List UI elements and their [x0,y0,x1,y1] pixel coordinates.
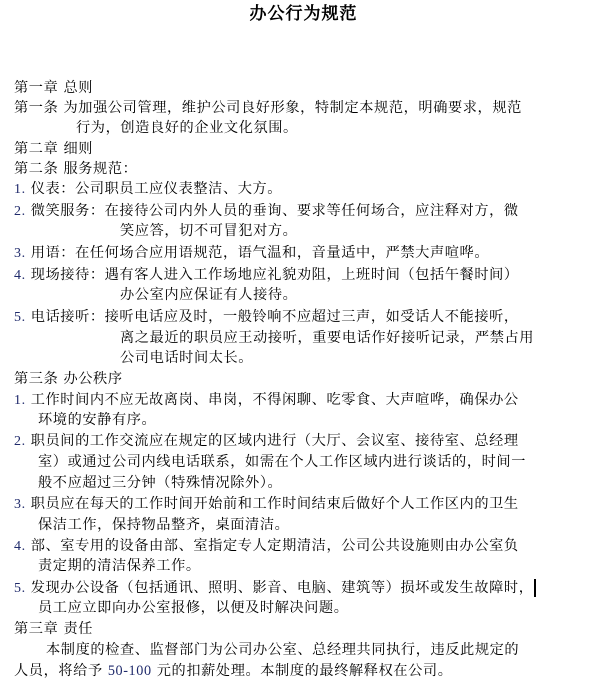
list-number: 5. [14,310,26,325]
service-item-2-cont: 笑应答，切不可冒犯对方。 [120,221,297,241]
chapter-2-heading: 第二章 细则 [14,139,93,159]
order-item-5: 5.发现办公设备（包括通讯、照明、影音、电脑、建筑等）损坏或发生故障时， [14,578,536,599]
article-2-heading: 第二条 服务规范： [14,159,137,179]
document-page[interactable]: 办公行为规范 第一章 总则 第一条 为加强公司管理，维护公司良好形象，特制定本规… [0,0,607,698]
article-3-heading: 第三条 办公秩序 [14,369,123,389]
order-item-2-cont-2: 般不应超过三分钟（特殊情况除外）。 [38,473,282,493]
list-number: 1. [14,393,26,408]
service-item-4: 4.现场接待：遇有客人进入工作场地应礼貌劝阻，上班时间（包括午餐时间） [14,265,519,286]
order-item-1-cont: 环境的安静有序。 [38,410,156,430]
service-item-5: 5.电话接听：接听电话应及时，一般铃响不应超过三声，如受话人不能接听， [14,307,519,328]
article-1-label: 第一条 [14,100,58,116]
deduction-amount: 50-100 [108,663,152,679]
order-item-3: 3.职员应在每天的工作时间开始前和工作时间结束后做好个人工作区内的卫生 [14,494,519,515]
service-item-4-cont: 办公室内应保证有人接待。 [120,285,297,305]
order-item-2: 2.职员间的工作交流应在规定的区域内进行（大厅、会议室、接待室、总经理 [14,431,519,452]
article-1-line-2: 行为，创造良好的企业文化氛围。 [76,118,298,138]
list-number: 4. [14,539,26,554]
service-item-2: 2.微笑服务：在接待公司内外人员的垂询、要求等任何场合，应注释对方，微 [14,201,519,222]
responsibility-line-2: 人员，将给予 50-100 元的扣薪处理。本制度的最终解释权在公司。 [14,661,453,681]
article-1-line-1: 第一条 为加强公司管理，维护公司良好形象，特制定本规范，明确要求，规范 [14,98,522,118]
article-1-text-1: 为加强公司管理，维护公司良好形象，特制定本规范，明确要求，规范 [64,100,522,116]
service-item-5-cont-2: 公司电话时间太长。 [120,348,253,368]
text-cursor [534,579,536,597]
service-item-5-cont-1: 离之最近的职员应王动接听，重要电话作好接听记录，严禁占用 [120,328,534,348]
chapter-3-heading: 第三章 责任 [14,619,93,639]
responsibility-line-1: 本制度的检查、监督部门为公司办公室、总经理共同执行，违反此规定的 [46,640,519,660]
list-number: 4. [14,268,26,283]
chapter-1-heading: 第一章 总则 [14,78,93,98]
order-item-2-cont-1: 室）或通过公司内线电话联系，如需在个人工作区域内进行谈话的，时间一 [38,452,526,472]
list-number: 5. [14,581,26,596]
order-item-4: 4.部、室专用的设备由部、室指定专人定期清洁，公司公共设施则由办公室负 [14,536,519,557]
service-item-3: 3.用语：在任何场合应用语规范，语气温和，音量适中，严禁大声喧哗。 [14,243,489,264]
service-item-1: 1.仪表：公司职员工应仪表整洁、大方。 [14,179,282,200]
document-title: 办公行为规范 [0,2,607,26]
list-number: 3. [14,246,26,261]
order-item-4-cont: 责定期的清洁保养工作。 [38,556,201,576]
order-item-3-cont: 保洁工作，保持物品整齐，桌面清洁。 [38,515,289,535]
list-number: 2. [14,204,26,219]
list-number: 2. [14,434,26,449]
order-item-1: 1.工作时间内不应无故离岗、串岗，不得闲聊、吃零食、大声喧哗，确保办公 [14,390,519,411]
order-item-5-cont: 员工应立即向办公室报修，以便及时解决问题。 [38,598,349,618]
list-number: 1. [14,182,26,197]
list-number: 3. [14,497,26,512]
